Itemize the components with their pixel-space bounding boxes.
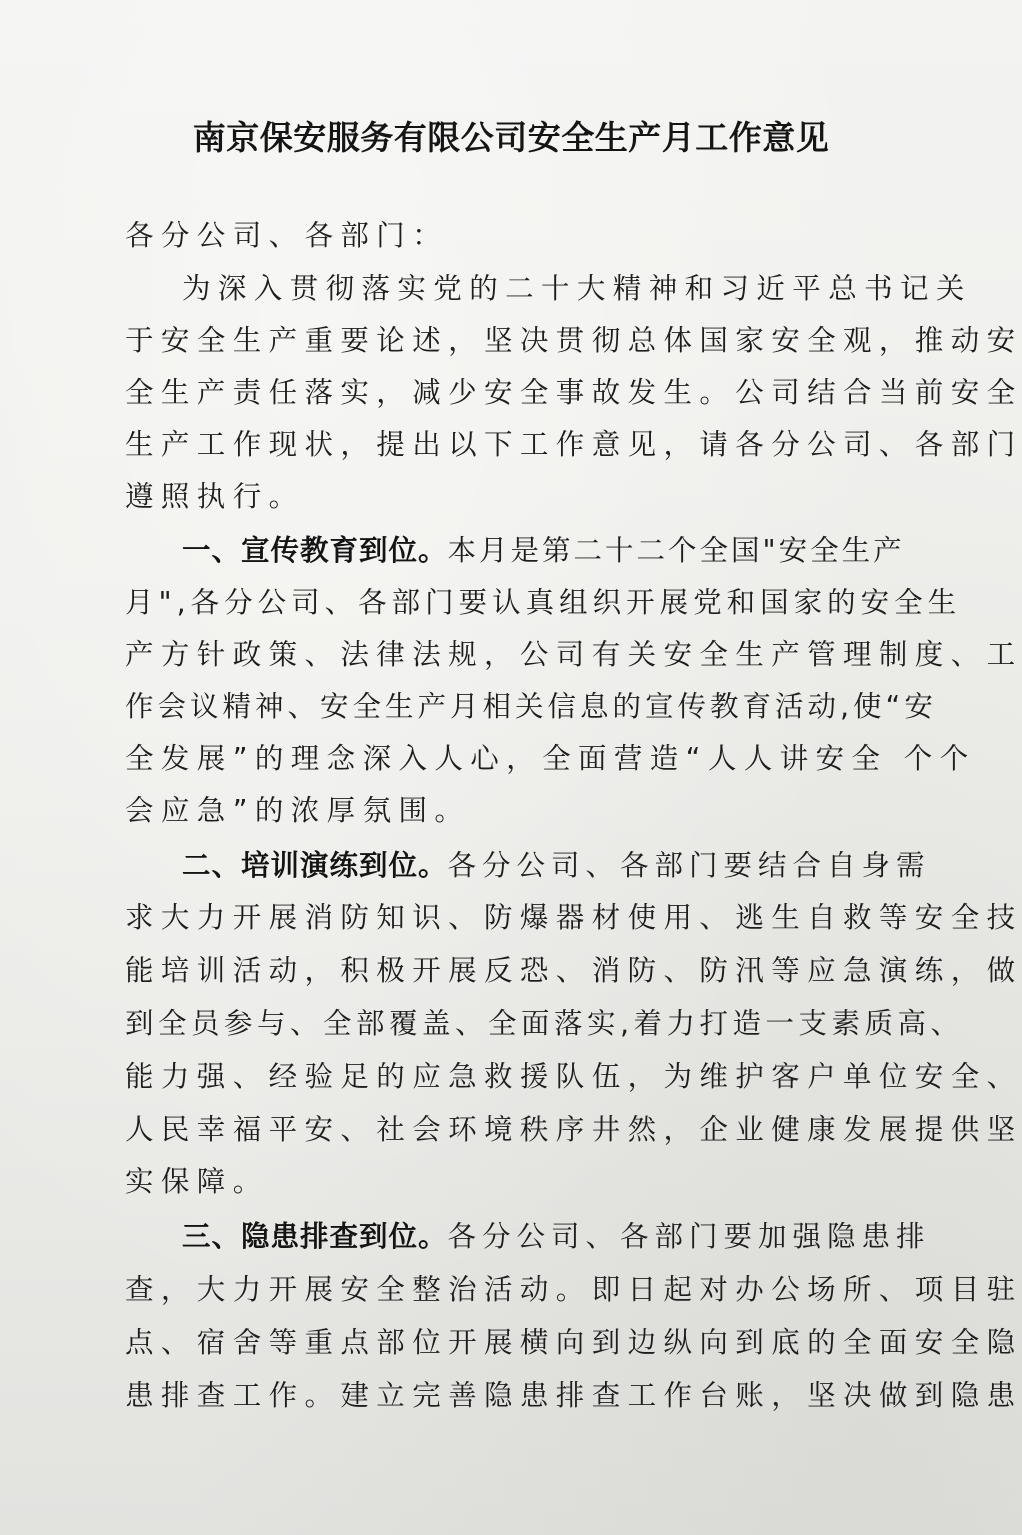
section-1-line: 产方针政策、法律法规，公司有关安全生产管理制度、工 [125,635,885,675]
section-3-text: 各分公司、各部门要加强隐患排 [448,1220,931,1253]
section-1-line: 作会议精神、安全生产月相关信息的宣传教育活动,使“安 [125,687,885,727]
section-2-line: 人民幸福平安、社会环境秩序井然，企业健康发展提供坚 [125,1110,885,1150]
section-1-first-line: 一、宣传教育到位。本月是第二十二个全国"安全生产 [182,531,887,571]
intro-line: 为深入贯彻落实党的二十大精神和习近平总书记关 [182,269,887,309]
section-3-line: 点、宿舍等重点部位开展横向到边纵向到底的全面安全隐 [125,1323,885,1363]
intro-line: 全生产责任落实，减少安全事故发生。公司结合当前安全 [125,373,885,413]
intro-line: 于安全生产重要论述，坚决贯彻总体国家安全观，推动安 [125,321,885,361]
section-1-text: 本月是第二十二个全国"安全生产 [448,534,905,567]
section-1-line: 全发展”的理念深入人心，全面营造“人人讲安全 个个 [125,739,885,779]
section-1-line: 会应急”的浓厚氛围。 [125,791,885,831]
salutation: 各分公司、各部门： [125,216,885,256]
section-2-line: 实保障。 [125,1162,885,1202]
section-2-line: 求大力开展消防知识、防爆器材使用、逃生自救等安全技 [125,898,885,938]
section-3-line: 查，大力开展安全整治活动。即日起对办公场所、项目驻 [125,1270,885,1310]
intro-line: 遵照执行。 [125,477,885,517]
section-2-text: 各分公司、各部门要结合自身需 [448,849,931,882]
intro-line: 生产工作现状，提出以下工作意见，请各分公司、各部门 [125,425,885,465]
section-3-first-line: 三、隐患排查到位。各分公司、各部门要加强隐患排 [182,1217,887,1257]
section-2-line: 到全员参与、全部覆盖、全面落实,着力打造一支素质高、 [125,1004,885,1044]
section-2-heading: 二、培训演练到位。 [182,849,448,882]
section-2-line: 能培训活动，积极开展反恐、消防、防汛等应急演练，做 [125,951,885,991]
section-3-heading: 三、隐患排查到位。 [182,1220,448,1253]
document-title: 南京保安服务有限公司安全生产月工作意见 [0,112,1022,159]
section-3-line: 患排查工作。建立完善隐患排查工作台账，坚决做到隐患 [125,1376,885,1416]
section-1-line: 月",各分公司、各部门要认真组织开展党和国家的安全生 [125,583,885,623]
section-2-first-line: 二、培训演练到位。各分公司、各部门要结合自身需 [182,846,887,886]
section-2-line: 能力强、经验足的应急救援队伍，为维护客户单位安全、 [125,1057,885,1097]
section-1-heading: 一、宣传教育到位。 [182,534,448,567]
